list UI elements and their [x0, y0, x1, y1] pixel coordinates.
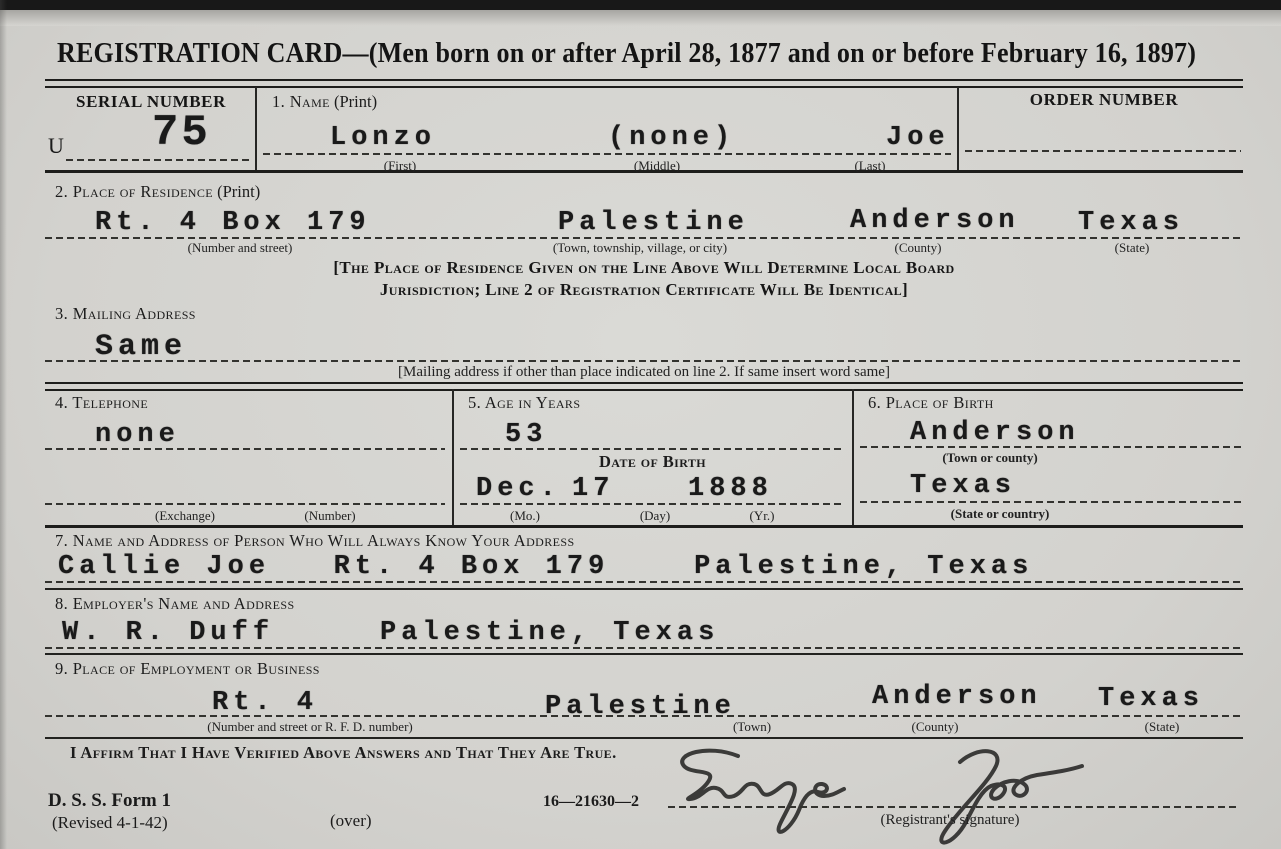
- title-rule: [45, 79, 1243, 88]
- birth-town-value: Anderson: [910, 418, 1080, 448]
- residence-street-caption: (Number and street): [150, 240, 330, 256]
- telephone-bottom-line: [45, 503, 445, 505]
- form-number: D. S. S. Form 1: [48, 790, 171, 812]
- registration-card: REGISTRATION CARD—(Men born on or after …: [0, 0, 1281, 849]
- row456-divider-1: [452, 389, 454, 525]
- telephone-exchange-caption: (Exchange): [125, 508, 245, 524]
- scan-top-shadow: [0, 10, 1281, 26]
- telephone-value: none: [95, 420, 180, 450]
- employment-bottom-rule: [45, 737, 1243, 739]
- over-note: (over): [330, 811, 372, 831]
- registrant-signature: [660, 742, 1130, 849]
- serial-number-header: SERIAL NUMBER: [52, 92, 250, 112]
- name-line: [263, 153, 951, 155]
- age-value: 53: [505, 420, 547, 450]
- residence-street-value: Rt. 4 Box 179: [95, 208, 371, 238]
- serial-prefix: U: [48, 133, 64, 159]
- mailing-line: [45, 360, 1243, 362]
- employer-bottom-rule: [45, 653, 1243, 655]
- row456-divider-2: [852, 389, 854, 525]
- row1-divider-2: [957, 87, 959, 171]
- name-label: 1. Name (Print): [272, 92, 377, 112]
- row456-bottom-rule: [45, 525, 1243, 528]
- name-label-text: 1. Name: [272, 92, 330, 111]
- residence-line: [45, 237, 1243, 239]
- signature-line: [668, 806, 1240, 808]
- scan-top-edge: [0, 0, 1281, 10]
- serial-line: [66, 159, 250, 161]
- name-last-caption: (Last): [830, 158, 910, 174]
- residence-state-caption: (State): [1092, 240, 1172, 256]
- telephone-line: [45, 448, 445, 450]
- birth-state-value: Texas: [910, 471, 1016, 501]
- employer-value: W. R. Duff Palestine, Texas: [62, 618, 719, 648]
- dob-year-value: 1888: [688, 474, 773, 504]
- residence-town-caption: (Town, township, village, or city): [510, 240, 770, 256]
- telephone-number-caption: (Number): [270, 508, 390, 524]
- employment-town-value: Palestine: [545, 692, 736, 722]
- dob-day-value: 17: [572, 474, 614, 504]
- age-label: 5. Age in Years: [468, 393, 580, 413]
- dob-yr-caption: (Yr.): [722, 508, 802, 524]
- contact-bottom-rule: [45, 588, 1243, 590]
- contact-value: Callie Joe Rt. 4 Box 179 Palestine, Texa…: [58, 552, 1033, 582]
- mailing-label: 3. Mailing Address: [55, 304, 196, 324]
- employment-state-value: Texas: [1098, 684, 1204, 714]
- name-last-value: Joe: [886, 123, 950, 153]
- name-first-caption: (First): [360, 158, 440, 174]
- employment-state-caption: (State): [1122, 719, 1202, 735]
- card-title: REGISTRATION CARD—(Men born on or after …: [57, 38, 1196, 70]
- employment-county-value: Anderson: [872, 682, 1042, 712]
- mailing-caption: [Mailing address if other than place ind…: [45, 364, 1243, 381]
- birth-label: 6. Place of Birth: [868, 393, 994, 413]
- residence-state-value: Texas: [1078, 208, 1184, 238]
- name-middle-caption: (Middle): [612, 158, 702, 174]
- name-first-value: Lonzo: [330, 123, 436, 153]
- name-label-suffix: (Print): [334, 92, 377, 111]
- dob-month-value: Dec.: [476, 474, 561, 504]
- employment-line: [45, 715, 1243, 717]
- dob-line: [460, 503, 845, 505]
- order-number-header: ORDER NUMBER: [965, 90, 1243, 110]
- contact-label: 7. Name and Address of Person Who Will A…: [55, 531, 575, 551]
- residence-label: 2. Place of Residence (Print): [55, 182, 260, 202]
- residence-county-value: Anderson: [850, 206, 1020, 236]
- employer-label: 8. Employer's Name and Address: [55, 594, 295, 614]
- name-middle-value: (none): [608, 123, 735, 153]
- dob-mo-caption: (Mo.): [485, 508, 565, 524]
- employment-label: 9. Place of Employment or Business: [55, 659, 320, 679]
- employment-town-caption: (Town): [712, 719, 792, 735]
- birth-town-line: [860, 446, 1243, 448]
- signature-caption: (Registrant's signature): [830, 812, 1070, 829]
- jurisdiction-note-line1: [The Place of Residence Given on the Lin…: [45, 258, 1243, 278]
- jurisdiction-note-line2: Jurisdiction; Line 2 of Registration Cer…: [45, 280, 1243, 300]
- residence-county-caption: (County): [878, 240, 958, 256]
- birth-town-caption: (Town or county): [900, 450, 1080, 466]
- employment-street-caption: (Number and street or R. F. D. number): [160, 719, 460, 735]
- date-of-birth-header: Date of Birth: [460, 452, 845, 472]
- print-code: 16—21630—2: [543, 793, 639, 811]
- birth-state-caption: (State or country): [900, 506, 1100, 522]
- mailing-value: Same: [95, 330, 187, 364]
- age-line: [460, 448, 845, 450]
- birth-state-line: [860, 501, 1243, 503]
- form-revision: (Revised 4-1-42): [52, 813, 168, 833]
- scan-left-shadow: [0, 0, 7, 849]
- mailing-bottom-rule: [45, 382, 1243, 391]
- employer-line: [45, 647, 1243, 649]
- dob-day-caption: (Day): [615, 508, 695, 524]
- serial-number-value: 75: [152, 108, 211, 158]
- residence-town-value: Palestine: [558, 208, 749, 238]
- telephone-label: 4. Telephone: [55, 393, 148, 413]
- contact-line: [45, 581, 1243, 583]
- employment-street-value: Rt. 4: [212, 688, 318, 718]
- row1-divider-1: [255, 87, 257, 171]
- signature-strokes: [660, 742, 1130, 849]
- affirmation-text: I Affirm That I Have Verified Above Answ…: [70, 743, 617, 763]
- employment-county-caption: (County): [895, 719, 975, 735]
- order-number-line: [965, 150, 1241, 152]
